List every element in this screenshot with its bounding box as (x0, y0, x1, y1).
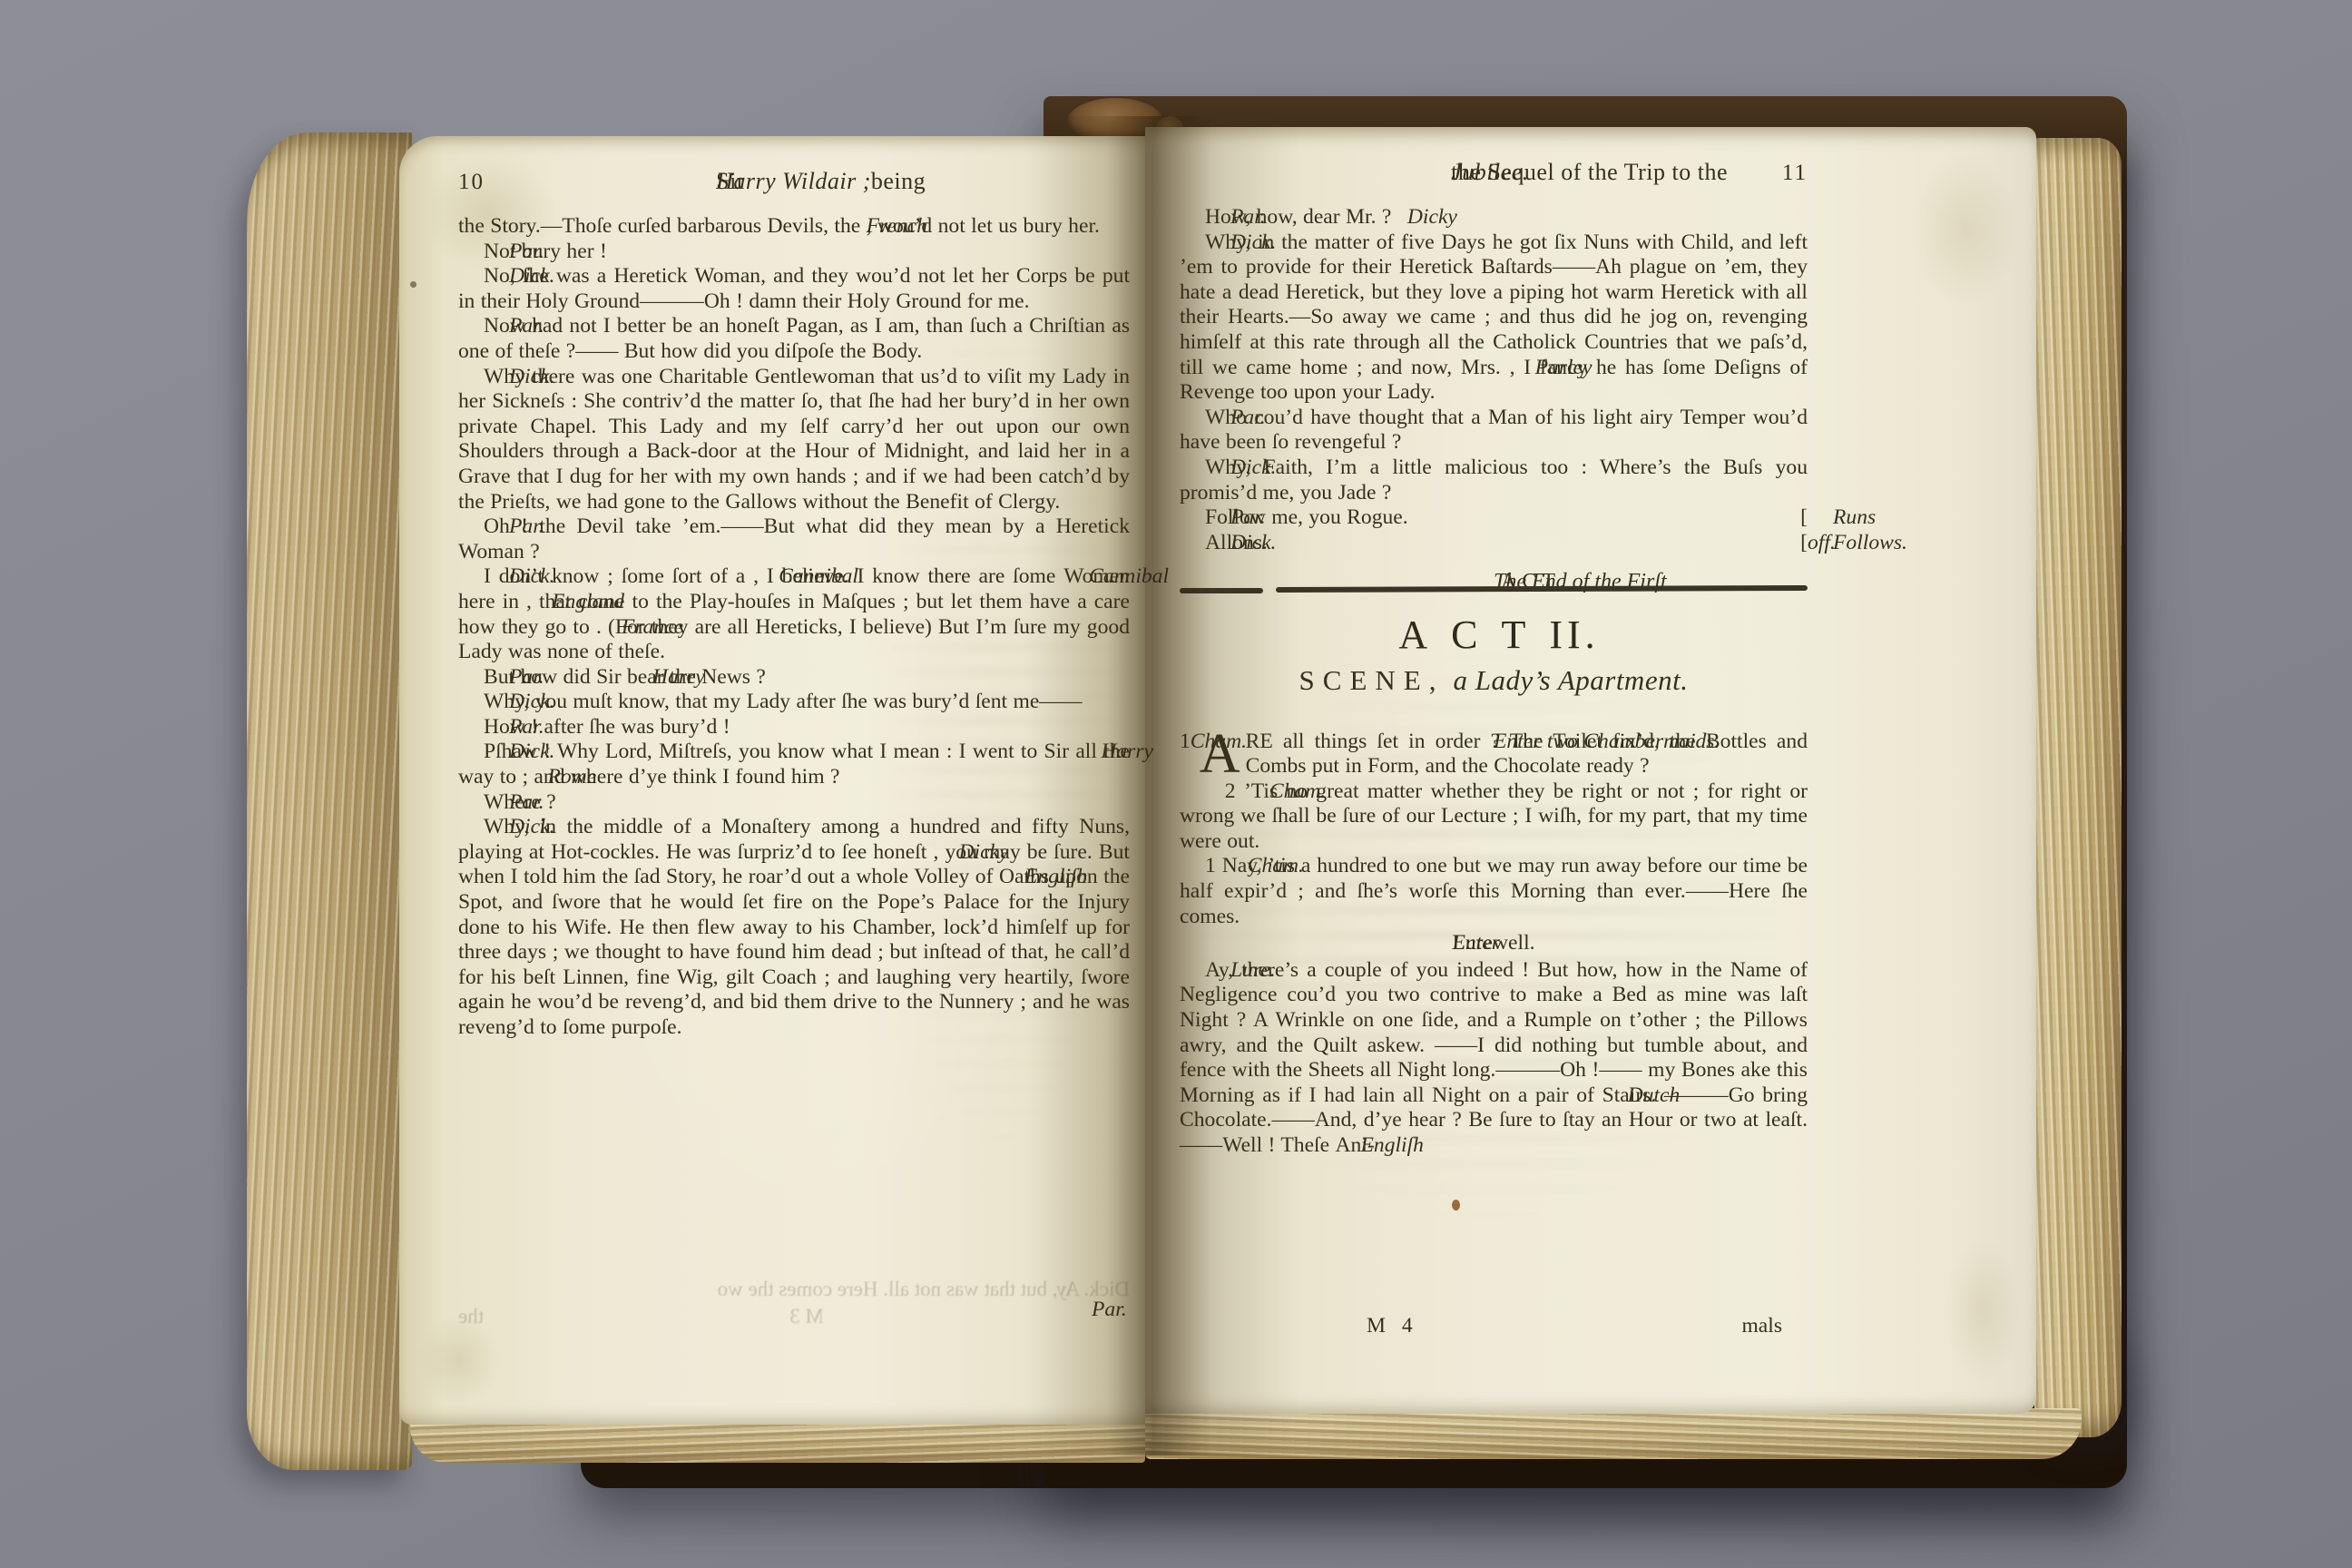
running-head-left: 10 Sir Harry Wildair ; being (458, 169, 1130, 200)
act-number: II. (1549, 612, 1599, 657)
rule-segment-long (1276, 585, 1808, 593)
page-edges-bottom-right (1145, 1408, 2082, 1459)
rule-segment-short (1180, 588, 1263, 593)
stage-direction-inline: [Follows. (1775, 531, 1808, 556)
showthrough-signature: M 3 (789, 1303, 824, 1330)
stage-direction-inline: [Runs off. (1775, 505, 1808, 531)
speech-paragraph: 2 Cham. ’Tis no great matter whether the… (1180, 779, 1808, 855)
page-right-act1-body: Par. How, how, dear Mr. Dicky ?Dick. Why… (1180, 205, 1808, 555)
speech-paragraph: the Story.—Thoſe curſed barbarous Devils… (458, 214, 1130, 240)
speech-paragraph: Dick. Why, Faith, I’m a little malicious… (1180, 456, 1808, 505)
speech-paragraph: Par. Who cou’d have thought that a Man o… (1180, 406, 1808, 456)
speech-paragraph: Lure. Ay, there’s a couple of you indeed… (1180, 958, 1808, 1159)
page-edges-right (2034, 138, 2122, 1437)
signature-mark: M 4 (1367, 1314, 1418, 1338)
page-number-right: 11 (1782, 161, 1808, 186)
speech-paragraph: Dick. I don’t know ; ſome ſort of a Cann… (458, 564, 1130, 664)
speech-paragraph: Par. How, how, dear Mr. Dicky ? (1180, 205, 1808, 230)
speech-paragraph: Dick. Why, in the middle of a Monaſtery … (458, 815, 1130, 1040)
speech-paragraph: [Runs off.Par. Follow me, you Rogue. (1180, 505, 1808, 531)
speech-paragraph: Par. How ! after ſhe was bury’d ! (458, 715, 1130, 740)
showthrough-text-left: Dick. Ay, but that was not all. Here com… (458, 1276, 1130, 1339)
running-head-right: the Sequel of the Trip to the Jubilee. 1… (1180, 160, 1808, 191)
speech-paragraph: 1 Cham. Nay, ’tis a hundred to one but w… (1180, 854, 1808, 929)
page-right-act2-body: Enter two Chambermaids.1 Cham.ARE all th… (1180, 730, 1808, 1159)
page-edges-left (247, 132, 412, 1470)
section-rule (1180, 586, 1808, 595)
speech-paragraph: [Follows.Dick. Allons. (1180, 531, 1808, 556)
running-title-left: Sir Harry Wildair ; being (485, 169, 1102, 194)
speech-paragraph: Dick. Why, you muſt know, that my Lady a… (458, 690, 1130, 715)
speaker-label: 1 Cham. (1180, 730, 1191, 780)
stage-direction: Enter Lurewell. (1180, 931, 1808, 956)
speech-paragraph: 1 Cham.ARE all things ſet in order ? The… (1180, 730, 1808, 779)
page-right-text: the Sequel of the Trip to the Jubilee. 1… (1180, 160, 1808, 1159)
page-left-text: 10 Sir Harry Wildair ; being the Story.—… (458, 169, 1130, 1041)
page-number-left: 10 (458, 170, 485, 195)
paper-speck (410, 281, 416, 288)
paper-fleck (1452, 1200, 1460, 1210)
speech-paragraph: Dick. Pſhaw ! Why Lord, Miſtreſs, you kn… (458, 740, 1130, 789)
drop-cap: A (1200, 730, 1246, 777)
signature-line: M 4 mals (1180, 1314, 1808, 1341)
speech-paragraph: Par. Oh ! the Devil take ’em.——But what … (458, 514, 1130, 564)
scene-heading: SCENE,a Lady’s Apartment. (1180, 668, 1808, 693)
speech-paragraph: Par. Not bury her ! (458, 240, 1130, 265)
page-left-body: the Story.—Thoſe curſed barbarous Devils… (458, 214, 1130, 1041)
showthrough-line: Dick. Ay, but that was not all. Here com… (458, 1276, 1130, 1303)
act-word: ACT (1387, 612, 1549, 657)
scene-title: a Lady’s Apartment. (1444, 664, 1688, 696)
open-book-photograph: 10 Sir Harry Wildair ; being the Story.—… (0, 0, 2352, 1568)
running-title-right: the Sequel of the Trip to the Jubilee. (1198, 160, 1782, 185)
speech-paragraph: Par. But how did Sir Harry bear the News… (458, 665, 1130, 691)
speech-paragraph: Par. Now had not I better be an honeſt P… (458, 314, 1130, 364)
showthrough-catchword: the (458, 1303, 484, 1330)
act-heading: ACTII. (1180, 622, 1808, 648)
speech-paragraph: Dick. No, ſhe was a Heretick Woman, and … (458, 264, 1130, 314)
speech-paragraph: Par. Where ? (458, 790, 1130, 816)
speech-paragraph: Dick. Why, in the matter of five Days he… (1180, 230, 1808, 406)
speech-paragraph: Dick. Why there was one Charitable Gentl… (458, 365, 1130, 515)
catchword-right: mals (1741, 1314, 1782, 1338)
scene-label: SCENE, (1299, 664, 1445, 696)
